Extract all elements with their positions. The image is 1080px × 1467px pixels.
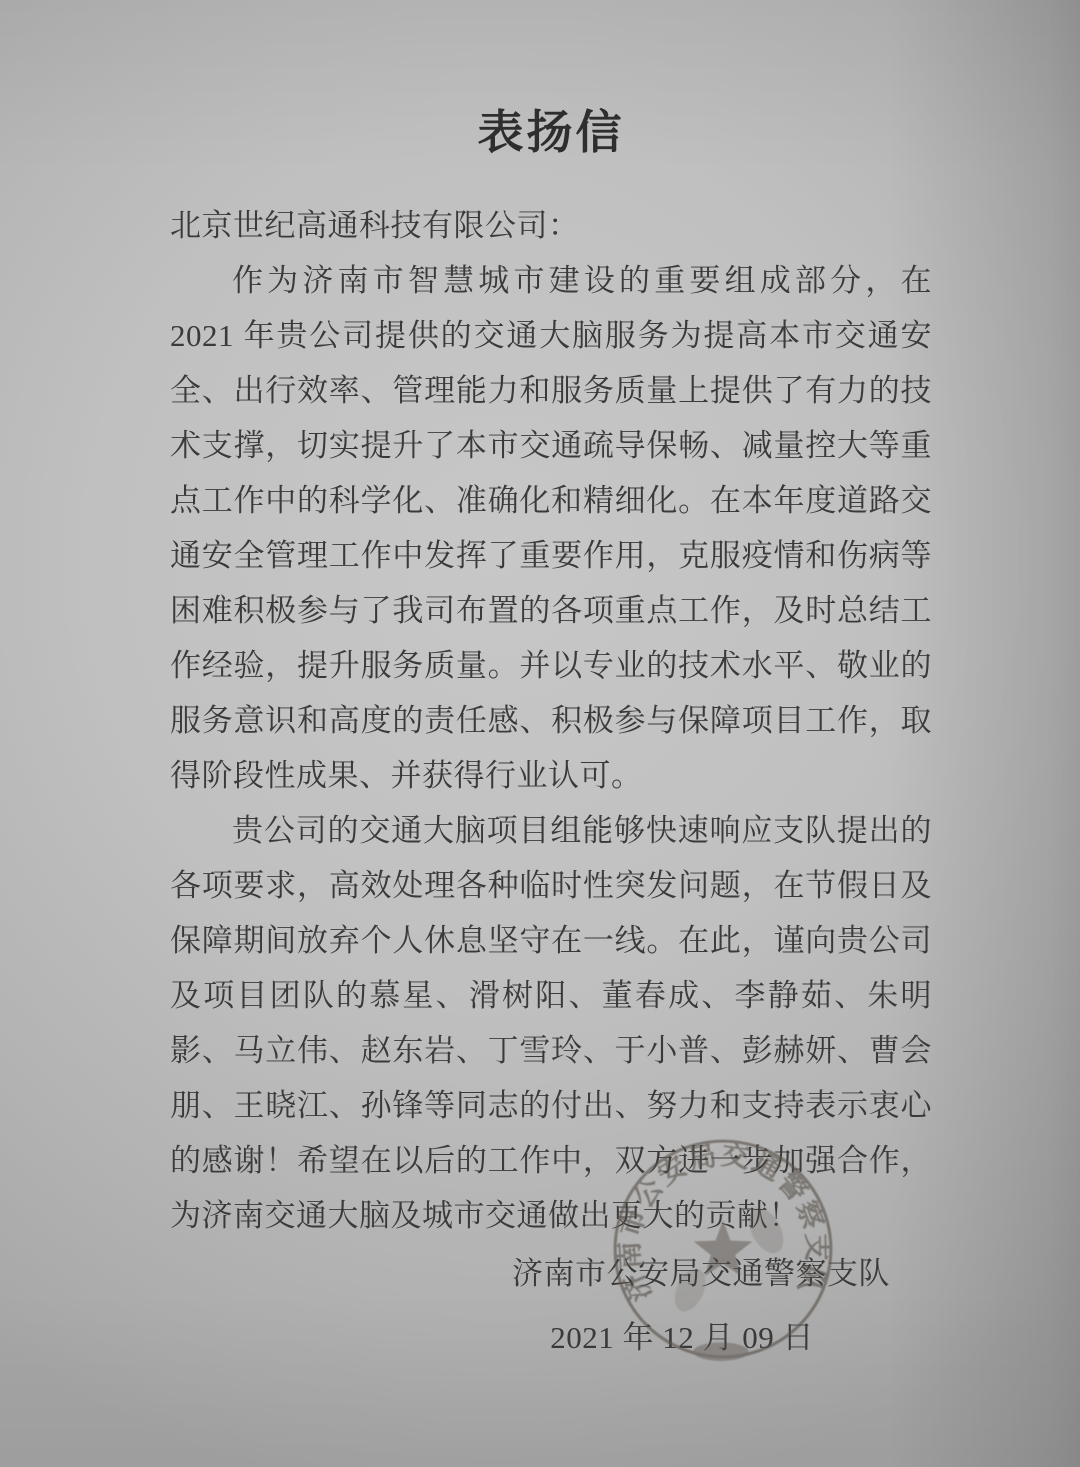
paragraph-1: 作为济南市智慧城市建设的重要组成部分，在 2021 年贵公司提供的交通大脑服务为… xyxy=(170,253,932,803)
date-line: 2021 年 12 月 09 日 xyxy=(170,1309,932,1367)
letter-page: 表扬信 北京世纪高通科技有限公司： 作为济南市智慧城市建设的重要组成部分，在 2… xyxy=(0,0,1080,1367)
letter-title: 表扬信 xyxy=(170,106,932,158)
paragraph-2: 贵公司的交通大脑项目组能够快速响应支队提出的各项要求，高效处理各种临时性突发问题… xyxy=(170,803,932,1243)
letter-body: 北京世纪高通科技有限公司： 作为济南市智慧城市建设的重要组成部分，在 2021 … xyxy=(170,198,932,1367)
signature-line: 济南市公安局交通警察支队 xyxy=(170,1243,932,1305)
scanned-letter-photo: 表扬信 北京世纪高通科技有限公司： 作为济南市智慧城市建设的重要组成部分，在 2… xyxy=(0,0,1080,1467)
recipient-line: 北京世纪高通科技有限公司： xyxy=(170,198,932,253)
